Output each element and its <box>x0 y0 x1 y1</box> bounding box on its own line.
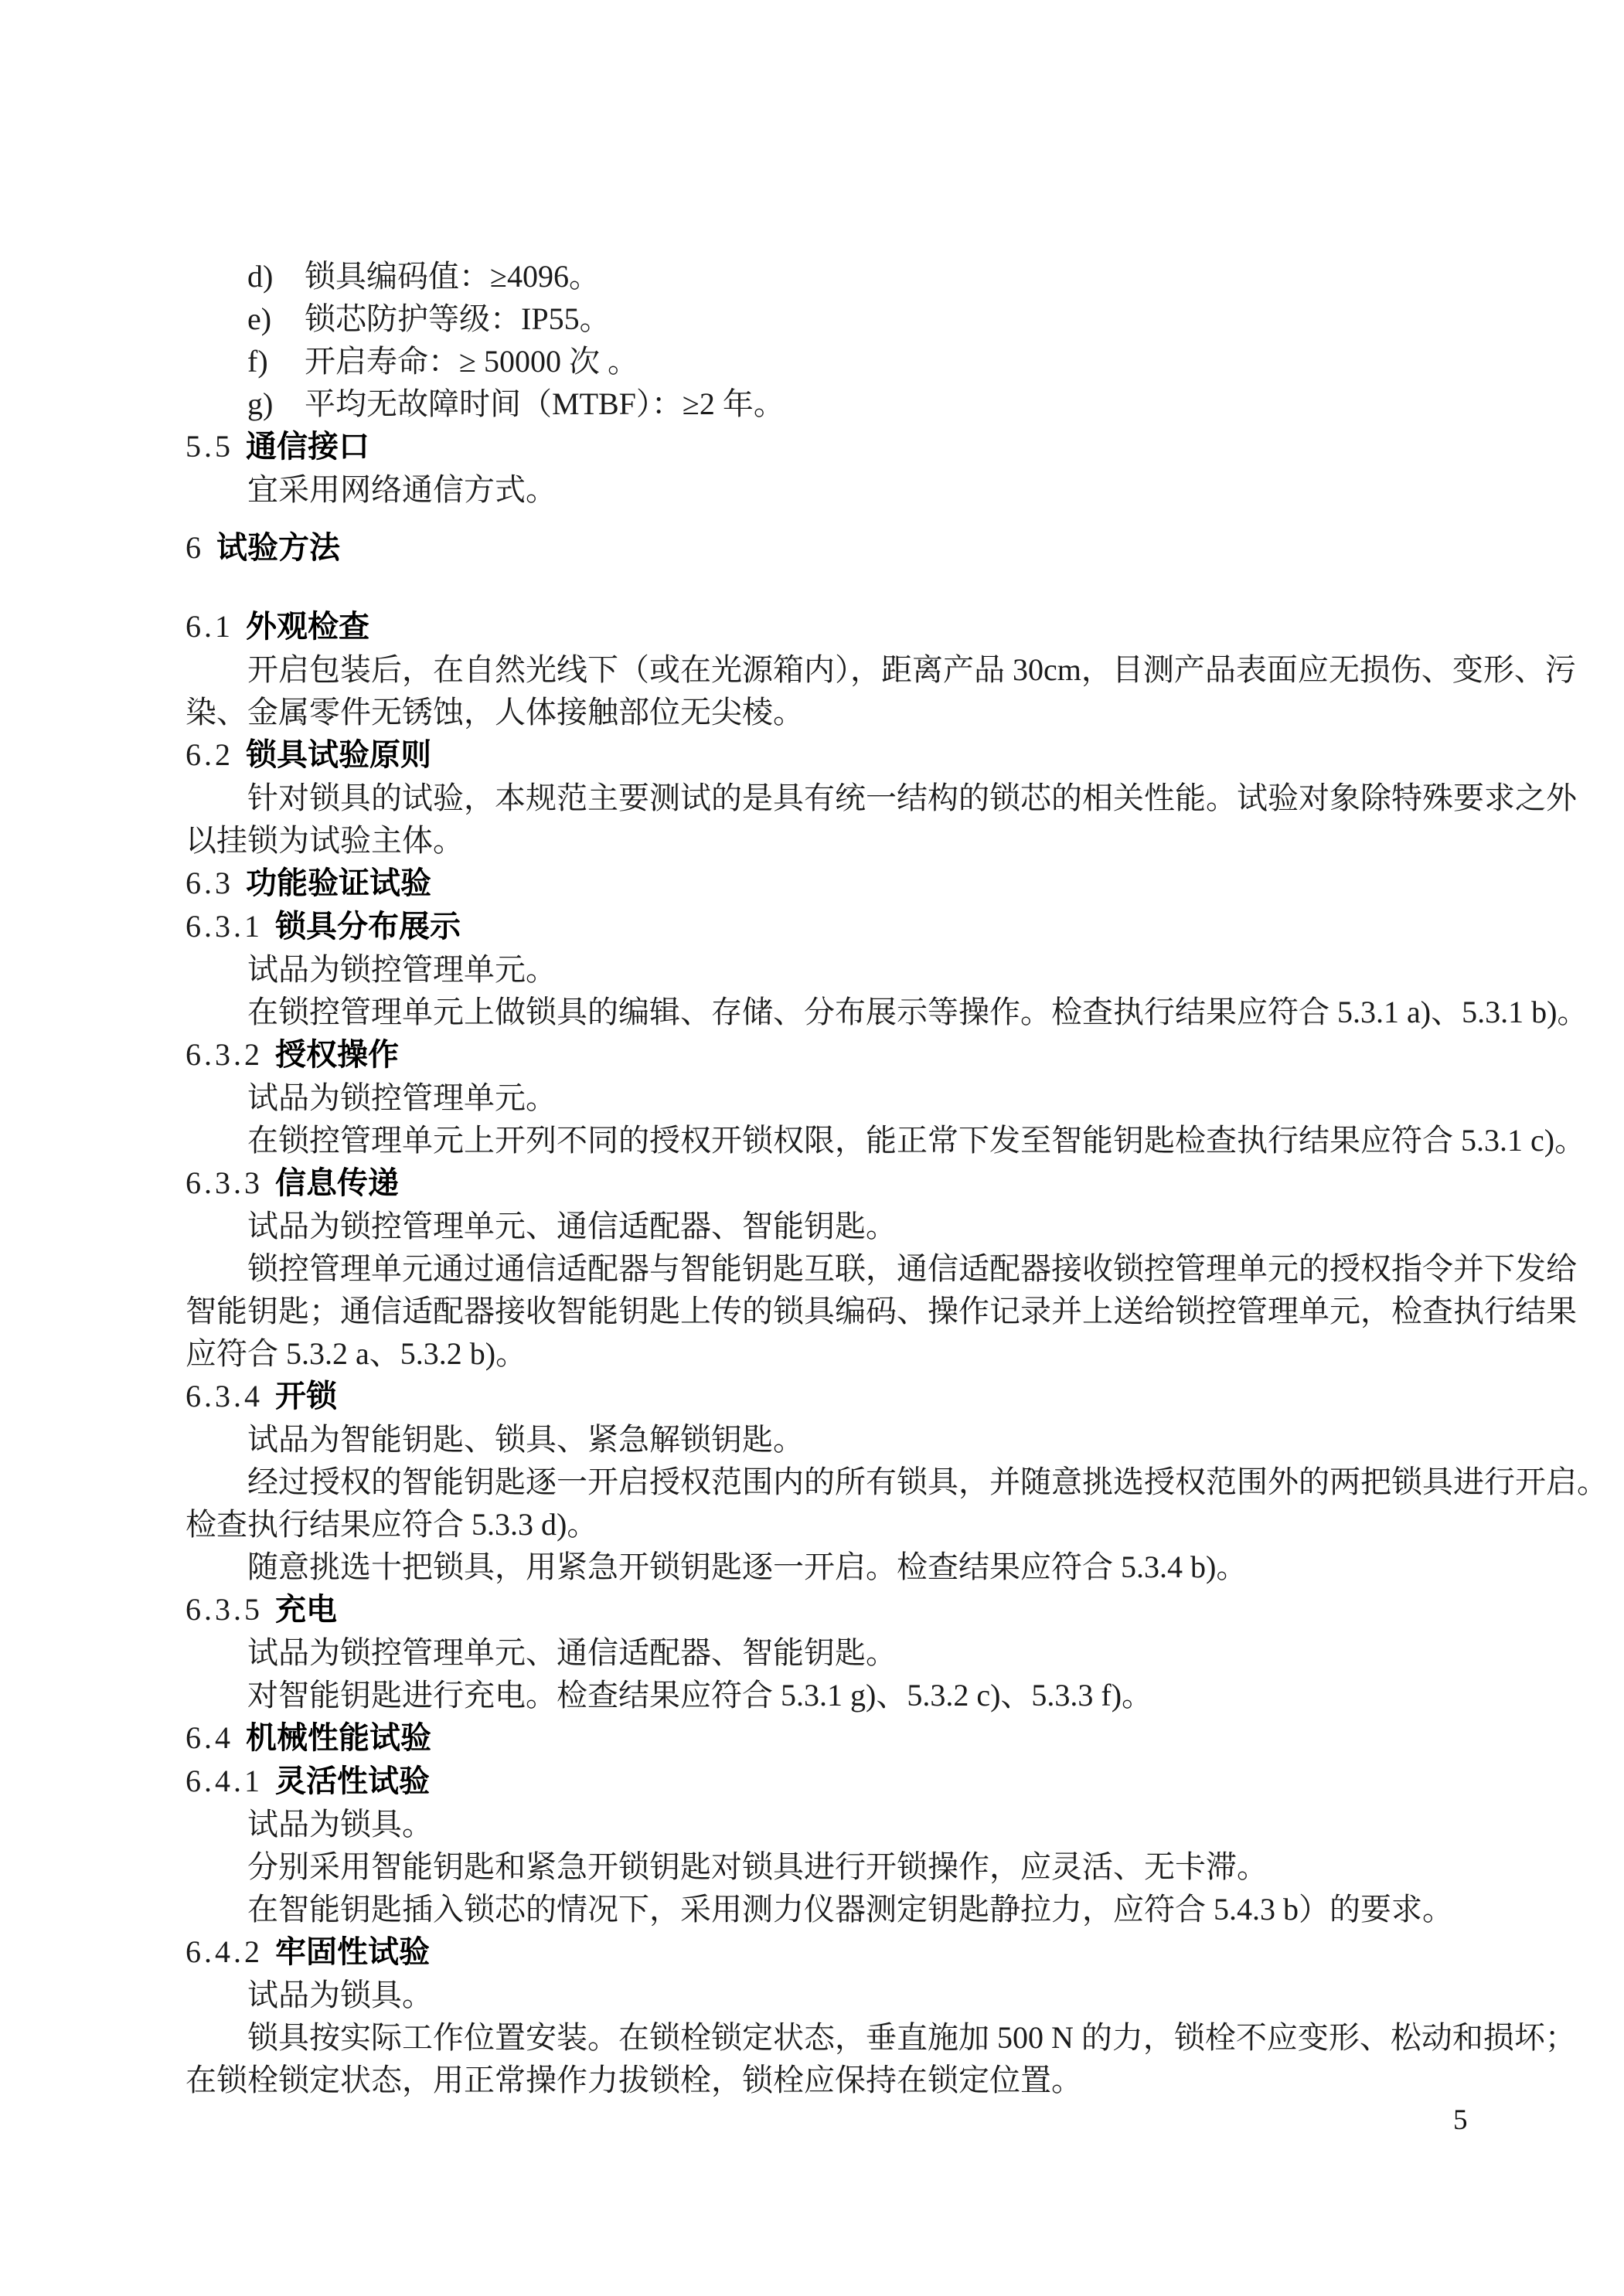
heading-number: 6.4 <box>186 1720 233 1755</box>
heading-number: 6.4.1 <box>186 1764 263 1798</box>
heading-number: 6.3.3 <box>186 1165 263 1200</box>
heading-number: 6.3.1 <box>186 909 263 944</box>
section-heading-6.3.5: 6.3.5充电 <box>186 1588 1526 1631</box>
paragraph-line: 试品为锁控管理单元、通信适配器、智能钥匙。 <box>186 1631 1526 1674</box>
heading-title: 试验方法 <box>216 531 340 565</box>
paragraph-line: 在锁控管理单元上做锁具的编辑、存储、分布展示等操作。检查执行结果应符合 5.3.… <box>186 991 1526 1033</box>
paragraph-line: 试品为锁控管理单元。 <box>186 1077 1526 1119</box>
paragraph-line: 智能钥匙；通信适配器接收智能钥匙上传的锁具编码、操作记录并上送给锁控管理单元，检… <box>186 1290 1526 1332</box>
heading-title: 信息传递 <box>275 1166 399 1200</box>
list-item-marker: f) <box>247 340 280 383</box>
paragraph-line: 检查执行结果应符合 5.3.3 d)。 <box>186 1503 1526 1546</box>
heading-title: 开锁 <box>275 1379 337 1413</box>
list-item-marker: d) <box>247 255 280 298</box>
section-heading-6.3.1: 6.3.1锁具分布展示 <box>186 905 1526 948</box>
list-item-e: e)锁芯防护等级：IP55。 <box>186 298 1526 340</box>
paragraph-line: 针对锁具的试验，本规范主要测试的是具有统一结构的锁芯的相关性能。试验对象除特殊要… <box>186 777 1526 819</box>
heading-number: 6.1 <box>186 609 233 644</box>
section-heading-6.1: 6.1外观检查 <box>186 605 1526 648</box>
list-item-marker: g) <box>247 383 280 425</box>
section-heading-6.2: 6.2锁具试验原则 <box>186 733 1526 777</box>
page-number: 5 <box>1453 2099 1468 2141</box>
heading-title: 外观检查 <box>246 610 369 644</box>
heading-title: 机械性能试验 <box>246 1721 431 1755</box>
paragraph-line: 试品为锁控管理单元、通信适配器、智能钥匙。 <box>186 1205 1526 1247</box>
paragraph-line: 试品为锁具。 <box>186 1803 1526 1845</box>
section-heading-6.3: 6.3功能验证试验 <box>186 862 1526 905</box>
list-item-d: d)锁具编码值：≥4096。 <box>186 255 1526 298</box>
paragraph-line: 染、金属零件无锈蚀，人体接触部位无尖棱。 <box>186 691 1526 733</box>
paragraph-line: 开启包装后，在自然光线下（或在光源箱内），距离产品 30cm，目测产品表面应无损… <box>186 648 1526 691</box>
list-item-text: 开启寿命：≥ 50000 次 。 <box>305 344 638 379</box>
paragraph-line: 在锁控管理单元上开列不同的授权开锁权限，能正常下发至智能钥匙检查执行结果应符合 … <box>186 1119 1526 1162</box>
heading-title: 灵活性试验 <box>275 1764 430 1798</box>
heading-number: 6.3.4 <box>186 1379 263 1413</box>
list-item-f: f)开启寿命：≥ 50000 次 。 <box>186 340 1526 383</box>
section-heading-6.3.3: 6.3.3信息传递 <box>186 1162 1526 1205</box>
paragraph-line: 随意挑选十把锁具，用紧急开锁钥匙逐一开启。检查结果应符合 5.3.4 b)。 <box>186 1546 1526 1588</box>
heading-number: 5.5 <box>186 429 233 464</box>
list-item-marker: e) <box>247 298 280 340</box>
section-heading-5.5: 5.5通信接口 <box>186 425 1526 468</box>
heading-title: 通信接口 <box>246 430 369 464</box>
heading-title: 充电 <box>275 1593 337 1627</box>
document-content: d)锁具编码值：≥4096。e)锁芯防护等级：IP55。f)开启寿命：≥ 500… <box>186 255 1526 2101</box>
paragraph-line: 分别采用智能钥匙和紧急开锁钥匙对锁具进行开锁操作，应灵活、无卡滞。 <box>186 1845 1526 1888</box>
heading-number: 6.4.2 <box>186 1934 263 1969</box>
heading-number: 6.3.5 <box>186 1592 263 1627</box>
list-item-text: 锁芯防护等级：IP55。 <box>305 301 611 336</box>
paragraph-line: 在智能钥匙插入锁芯的情况下，采用测力仪器测定钥匙静拉力，应符合 5.4.3 b）… <box>186 1888 1526 1930</box>
list-item-text: 锁具编码值：≥4096。 <box>305 259 600 294</box>
heading-title: 牢固性试验 <box>275 1935 430 1969</box>
heading-number: 6 <box>186 530 204 565</box>
paragraph-line: 在锁栓锁定状态，用正常操作力拔锁栓，锁栓应保持在锁定位置。 <box>186 2059 1526 2101</box>
heading-number: 6.3.2 <box>186 1037 263 1072</box>
paragraph-line: 锁具按实际工作位置安装。在锁栓锁定状态，垂直施加 500 N 的力，锁栓不应变形… <box>186 2016 1526 2059</box>
paragraph-line: 试品为锁控管理单元。 <box>186 948 1526 991</box>
heading-number: 6.3 <box>186 866 233 900</box>
paragraph-line: 试品为锁具。 <box>186 1974 1526 2016</box>
section-heading-6.3.2: 6.3.2授权操作 <box>186 1033 1526 1077</box>
paragraph-line: 试品为智能钥匙、锁具、紧急解锁钥匙。 <box>186 1418 1526 1461</box>
paragraph-line: 应符合 5.3.2 a、5.3.2 b)。 <box>186 1332 1526 1375</box>
paragraph-line: 以挂锁为试验主体。 <box>186 819 1526 862</box>
section-heading-6.4.1: 6.4.1灵活性试验 <box>186 1760 1526 1803</box>
heading-title: 授权操作 <box>275 1038 399 1072</box>
heading-title: 功能验证试验 <box>246 866 431 900</box>
document-page: d)锁具编码值：≥4096。e)锁芯防护等级：IP55。f)开启寿命：≥ 500… <box>0 0 1624 2296</box>
section-heading-6.4: 6.4机械性能试验 <box>186 1716 1526 1760</box>
heading-title: 锁具试验原则 <box>246 738 431 772</box>
heading-title: 锁具分布展示 <box>275 910 461 944</box>
section-heading-6: 6试验方法 <box>186 526 1526 570</box>
section-heading-6.4.2: 6.4.2牢固性试验 <box>186 1930 1526 1974</box>
list-item-text: 平均无故障时间（MTBF）：≥2 年。 <box>305 386 785 421</box>
section-heading-6.3.4: 6.3.4开锁 <box>186 1375 1526 1418</box>
heading-number: 6.2 <box>186 737 233 772</box>
paragraph-line: 经过授权的智能钥匙逐一开启授权范围内的所有锁具，并随意挑选授权范围外的两把锁具进… <box>186 1461 1526 1503</box>
list-item-g: g)平均无故障时间（MTBF）：≥2 年。 <box>186 383 1526 425</box>
paragraph-line: 对智能钥匙进行充电。检查结果应符合 5.3.1 g)、5.3.2 c)、5.3.… <box>186 1674 1526 1716</box>
paragraph-line: 锁控管理单元通过通信适配器与智能钥匙互联，通信适配器接收锁控管理单元的授权指令并… <box>186 1247 1526 1290</box>
paragraph-line: 宜采用网络通信方式。 <box>186 468 1526 511</box>
